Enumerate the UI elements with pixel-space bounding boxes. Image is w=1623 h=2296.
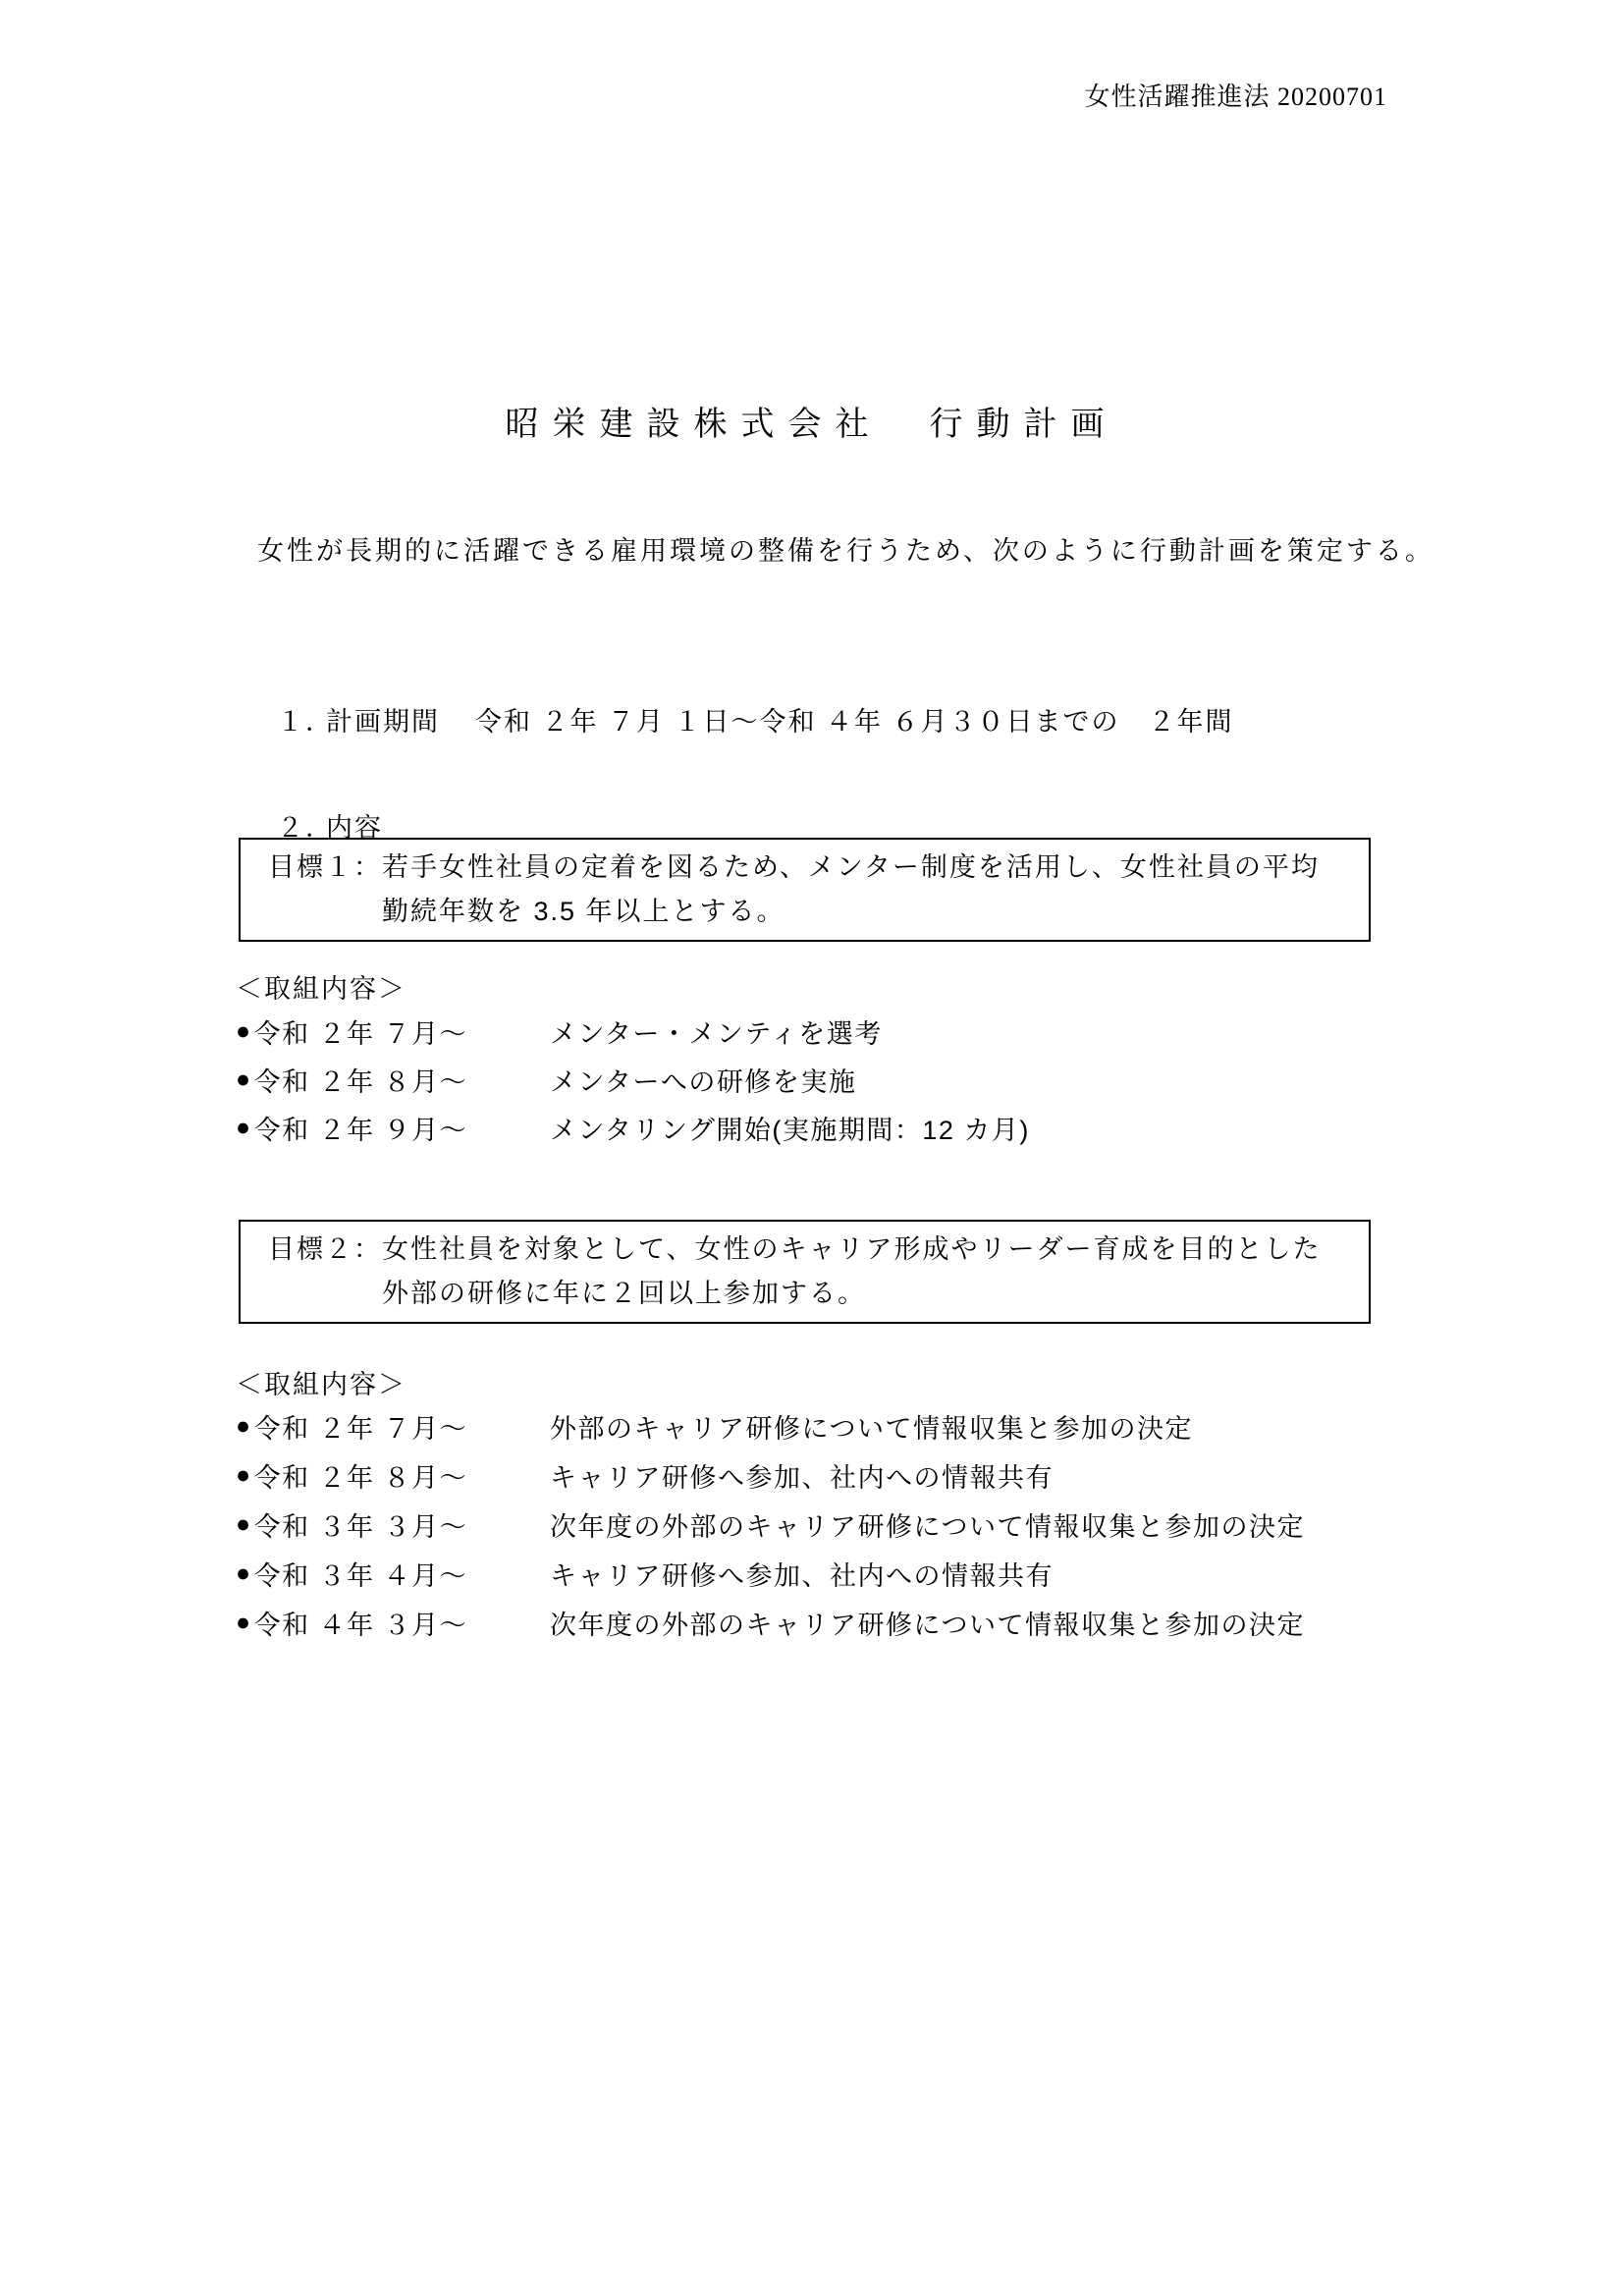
- intro-text: 女性が長期的に活躍できる雇用環境の整備を行うため、次のように行動計画を策定する。: [257, 529, 1434, 568]
- initiative-date-text: 令和 ３年 ４月～: [254, 1555, 468, 1593]
- bullet-icon: ●: [236, 1510, 252, 1539]
- list-item: ●令和 ２年 ８月～ メンターへの研修を実施: [236, 1056, 1512, 1104]
- initiative-desc: メンター・メンティを選考: [550, 1012, 883, 1051]
- initiative-desc: 次年度の外部のキャリア研修について情報収集と参加の決定: [550, 1505, 1305, 1544]
- initiative-desc: 次年度の外部のキャリア研修について情報収集と参加の決定: [550, 1604, 1305, 1642]
- goal-1-text-line-1: 若手女性社員の定着を図るため、メンター制度を活用し、女性社員の平均: [382, 846, 1355, 890]
- initiative-date: ●令和 ２年 ９月～: [236, 1109, 550, 1147]
- bullet-icon: ●: [236, 1114, 252, 1142]
- goal-2-initiatives-heading: ＜取組内容＞: [236, 1363, 406, 1401]
- bullet-icon: ●: [236, 1017, 252, 1046]
- initiative-date-text: 令和 ４年 ３月～: [254, 1604, 468, 1642]
- goal-2-label: 目標２：: [268, 1228, 382, 1272]
- initiative-desc: メンタリング開始(実施期間：12 カ月): [550, 1109, 1030, 1147]
- goal-1-initiatives-list: ●令和 ２年 ７月～ メンター・メンティを選考 ●令和 ２年 ８月～ メンターへ…: [236, 1008, 1512, 1152]
- goal-1-label: 目標１：: [268, 846, 382, 890]
- goal-2-text: 女性社員を対象として、女性のキャリア形成やリーダー育成を目的とした 外部の研修に…: [382, 1228, 1355, 1316]
- initiative-date-text: 令和 ２年 ８月～: [254, 1456, 468, 1495]
- initiative-date-text: 令和 ２年 ９月～: [254, 1109, 468, 1147]
- initiative-date: ●令和 ２年 ７月～: [236, 1012, 550, 1051]
- plan-period-value: 令和 ２年 ７月 １日～令和 ４年 ６月３０日までの ２年間: [475, 707, 1234, 737]
- initiative-desc: メンターへの研修を実施: [550, 1061, 856, 1099]
- bullet-icon: ●: [236, 1559, 252, 1588]
- goal-2-text-line-2: 外部の研修に年に２回以上参加する。: [382, 1272, 1355, 1316]
- list-item: ●令和 ２年 ８月～ キャリア研修へ参加、社内への情報共有: [236, 1450, 1512, 1500]
- initiative-date-text: 令和 ２年 ７月～: [254, 1012, 468, 1051]
- initiative-desc: 外部のキャリア研修について情報収集と参加の決定: [550, 1407, 1193, 1446]
- bullet-icon: ●: [236, 1066, 252, 1094]
- list-item: ●令和 ４年 ３月～ 次年度の外部のキャリア研修について情報収集と参加の決定: [236, 1598, 1512, 1647]
- bullet-icon: ●: [236, 1609, 252, 1637]
- bullet-icon: ●: [236, 1412, 252, 1441]
- initiative-date: ●令和 ３年 ３月～: [236, 1505, 550, 1544]
- goal-1-initiatives-heading: ＜取組内容＞: [236, 967, 406, 1006]
- document-title: 昭栄建設株式会社 行動計画: [0, 397, 1623, 445]
- goal-2-text-line-1: 女性社員を対象として、女性のキャリア形成やリーダー育成を目的とした: [382, 1228, 1355, 1272]
- goal-2-box: 目標２： 女性社員を対象として、女性のキャリア形成やリーダー育成を目的とした 外…: [239, 1220, 1371, 1324]
- plan-period-heading: 計画期間: [326, 707, 440, 737]
- plan-period-number: １．: [277, 700, 326, 738]
- goal-1-text-line-2: 勤続年数を 3.5 年以上とする。: [382, 890, 1355, 934]
- list-item: ●令和 ２年 ７月～ 外部のキャリア研修について情報収集と参加の決定: [236, 1401, 1512, 1450]
- initiative-date: ●令和 ２年 ８月～: [236, 1061, 550, 1099]
- initiative-date-text: 令和 ３年 ３月～: [254, 1505, 468, 1544]
- initiative-date-text: 令和 ２年 ７月～: [254, 1407, 468, 1446]
- goal-1-box: 目標１： 若手女性社員の定着を図るため、メンター制度を活用し、女性社員の平均 勤…: [239, 838, 1371, 942]
- list-item: ●令和 ３年 ４月～ キャリア研修へ参加、社内への情報共有: [236, 1549, 1512, 1598]
- list-item: ●令和 ２年 ７月～ メンター・メンティを選考: [236, 1008, 1512, 1056]
- header-note: 女性活躍推進法 20200701: [1084, 77, 1387, 113]
- initiative-desc: キャリア研修へ参加、社内への情報共有: [550, 1555, 1054, 1593]
- list-item: ●令和 ２年 ９月～ メンタリング開始(実施期間：12 カ月): [236, 1104, 1512, 1152]
- document-page: 女性活躍推進法 20200701 昭栄建設株式会社 行動計画 女性が長期的に活躍…: [0, 0, 1623, 2296]
- goal-1-text: 若手女性社員の定着を図るため、メンター制度を活用し、女性社員の平均 勤続年数を …: [382, 846, 1355, 934]
- initiative-date: ●令和 ２年 ７月～: [236, 1407, 550, 1446]
- list-item: ●令和 ３年 ３月～ 次年度の外部のキャリア研修について情報収集と参加の決定: [236, 1500, 1512, 1549]
- initiative-date: ●令和 ４年 ３月～: [236, 1604, 550, 1642]
- initiative-date-text: 令和 ２年 ８月～: [254, 1061, 468, 1099]
- initiative-date: ●令和 ３年 ４月～: [236, 1555, 550, 1593]
- initiative-desc: キャリア研修へ参加、社内への情報共有: [550, 1456, 1054, 1495]
- bullet-icon: ●: [236, 1461, 252, 1490]
- goal-2-initiatives-list: ●令和 ２年 ７月～ 外部のキャリア研修について情報収集と参加の決定 ●令和 ２…: [236, 1401, 1512, 1647]
- plan-period-line: １．計画期間令和 ２年 ７月 １日～令和 ４年 ６月３０日までの ２年間: [240, 670, 1234, 769]
- initiative-date: ●令和 ２年 ８月～: [236, 1456, 550, 1495]
